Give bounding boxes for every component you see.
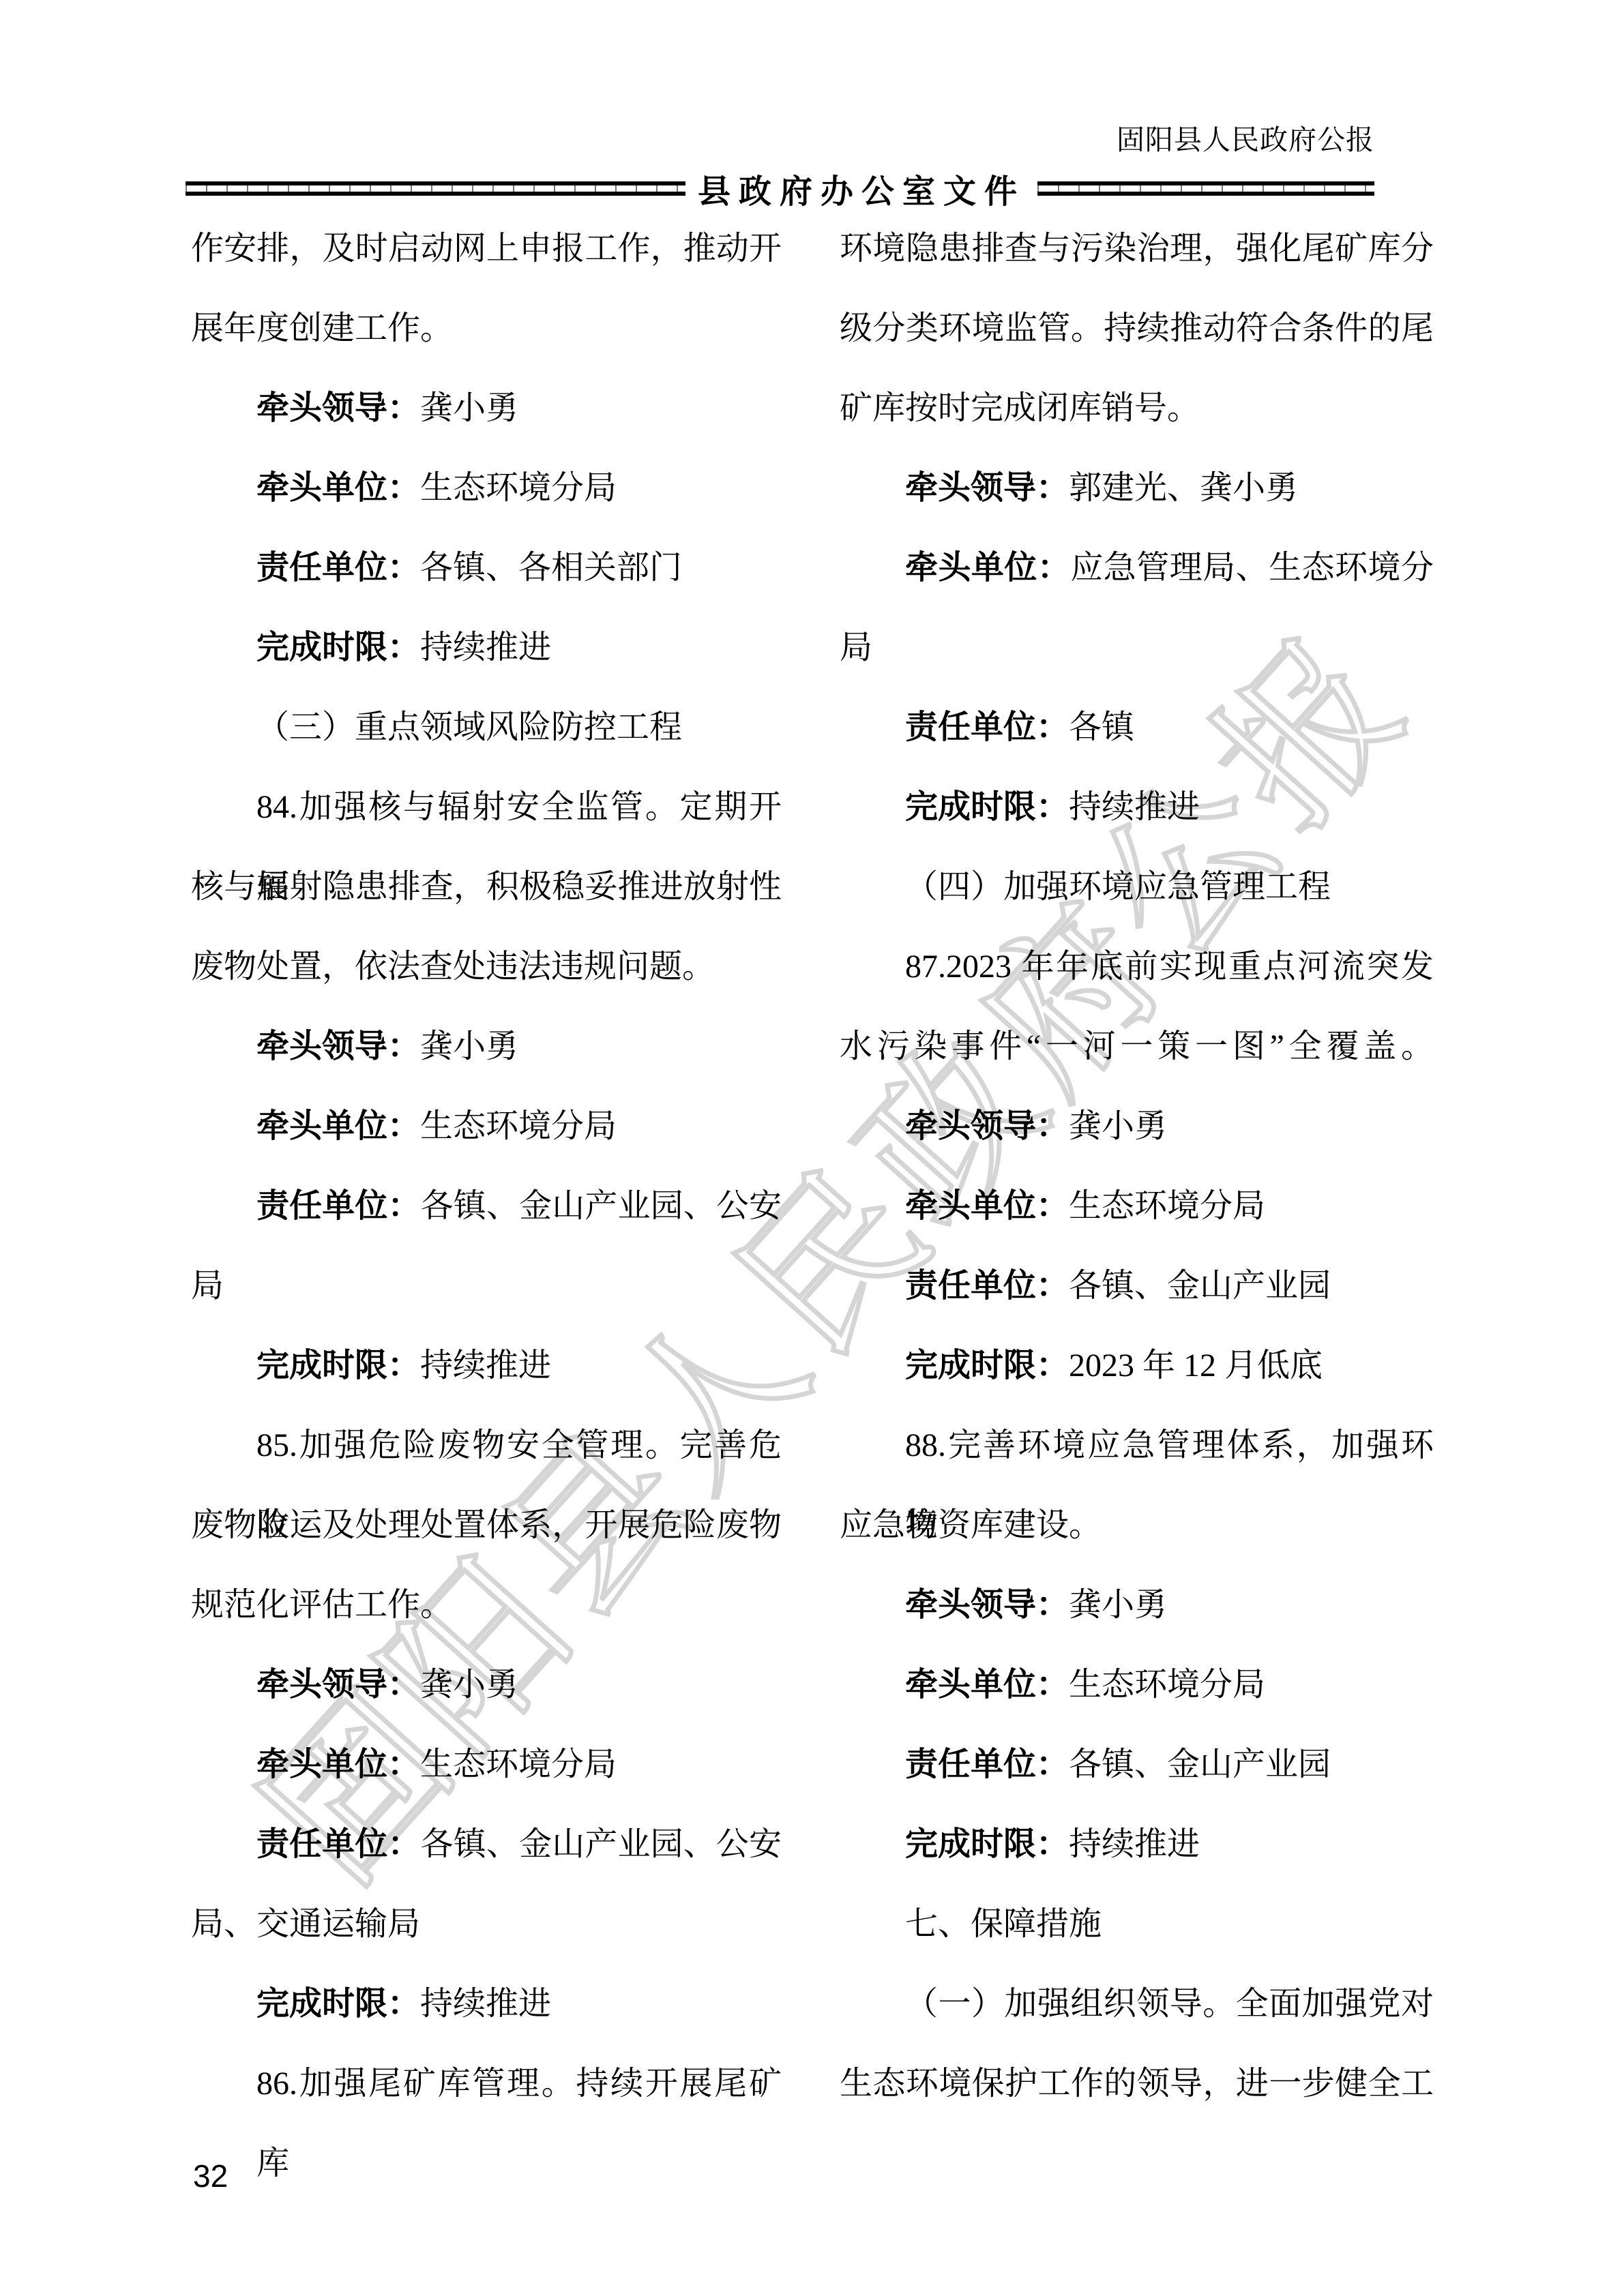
field-label: 牵头单位：: [256, 468, 420, 507]
field-label: 完成时限：: [905, 788, 1069, 826]
line-text: 持续推进: [1069, 789, 1200, 825]
line-text: （三）重点领域风险防控工程: [256, 709, 682, 745]
line-text: 龚小勇: [420, 1667, 518, 1703]
text-line: 七、保障措施: [840, 1884, 1434, 1964]
text-line: 废物收运及处理处置体系，开展危险废物: [191, 1485, 782, 1565]
text-line: 牵头单位：生态环境分局: [191, 1086, 782, 1166]
page-number: 32: [193, 2160, 228, 2192]
header-band: 县政府办公室文件: [186, 164, 1374, 213]
line-text: 86.加强尾矿库管理。持续开展尾矿库: [256, 2066, 782, 2181]
text-line: 85.加强危险废物安全管理。完善危险: [191, 1405, 782, 1485]
text-line: 展年度创建工作。: [191, 288, 782, 368]
field-label: 牵头单位：: [905, 1665, 1069, 1703]
text-line: 88.完善环境应急管理体系，加强环境: [840, 1405, 1434, 1485]
field-label: 完成时限：: [256, 1346, 420, 1384]
line-text: 生态环境分局: [420, 1746, 617, 1783]
field-label: 牵头领导：: [256, 389, 420, 427]
text-line: 牵头领导：龚小勇: [840, 1086, 1434, 1166]
field-label: 责任单位：: [256, 1825, 421, 1863]
document-page: 固阳县人民政府公报 固阳县人民政府公报 县政府办公室文件 作安排，及时启动网上申…: [0, 0, 1624, 2296]
line-text: 应急管理局、生态环境分: [1070, 550, 1434, 586]
line-text: 持续推进: [420, 629, 551, 666]
field-label: 牵头单位：: [905, 1187, 1069, 1225]
line-text: 各镇: [1069, 709, 1134, 745]
line-text: 水污染事件“一河一策一图”全覆盖。: [840, 1028, 1434, 1064]
text-line: 局: [840, 608, 1434, 687]
line-text: （一）加强组织领导。全面加强党对: [905, 1986, 1434, 2022]
field-label: 责任单位：: [905, 708, 1069, 746]
field-label: 完成时限：: [256, 1984, 420, 2023]
field-label: 牵头单位：: [256, 1745, 420, 1783]
line-text: 展年度创建工作。: [191, 310, 453, 346]
text-line: 86.加强尾矿库管理。持续开展尾矿库: [191, 2044, 782, 2123]
field-label: 牵头领导：: [256, 1027, 420, 1065]
text-line: 矿库按时完成闭库销号。: [840, 368, 1434, 448]
text-line: （四）加强环境应急管理工程: [840, 847, 1434, 927]
field-label: 责任单位：: [256, 1187, 421, 1225]
text-line: 级分类环境监管。持续推动符合条件的尾: [840, 288, 1434, 368]
text-line: 责任单位：各镇、金山产业园: [840, 1725, 1434, 1804]
line-text: 各镇、金山产业园: [1069, 1746, 1331, 1783]
field-label: 完成时限：: [905, 1346, 1069, 1384]
field-label: 牵头单位：: [905, 548, 1070, 586]
line-text: 生态环境分局: [420, 1108, 617, 1144]
text-line: 牵头领导：郭建光、龚小勇: [840, 448, 1434, 528]
text-line: 牵头领导：龚小勇: [191, 368, 782, 448]
text-line: 牵头单位：生态环境分局: [191, 1725, 782, 1804]
text-line: 牵头单位：生态环境分局: [840, 1645, 1434, 1725]
text-line: 完成时限：持续推进: [191, 608, 782, 687]
text-line: 完成时限：持续推进: [191, 1964, 782, 2044]
line-text: 2023 年 12 月低底: [1069, 1347, 1323, 1384]
line-text: 局、交通运输局: [191, 1906, 420, 1942]
line-text: 持续推进: [420, 1986, 551, 2022]
text-line: 规范化评估工作。: [191, 1565, 782, 1645]
field-label: 牵头领导：: [256, 1665, 420, 1703]
line-text: 持续推进: [420, 1347, 551, 1384]
text-line: 87.2023 年年底前实现重点河流突发: [840, 927, 1434, 1007]
text-line: 局、交通运输局: [191, 1884, 782, 1964]
text-line: 生态环境保护工作的领导，进一步健全工: [840, 2044, 1434, 2123]
text-line: 废物处置，依法查处违法违规问题。: [191, 927, 782, 1007]
line-text: 作安排，及时启动网上申报工作，推动开: [191, 230, 782, 267]
line-text: 各镇、金山产业园、公安: [421, 1188, 782, 1224]
text-line: 责任单位：各镇、金山产业园、公安: [191, 1166, 782, 1246]
line-text: 局: [191, 1268, 224, 1304]
text-line: 牵头单位：生态环境分局: [191, 448, 782, 528]
text-line: 局: [191, 1246, 782, 1326]
text-line: 84.加强核与辐射安全监管。定期开展: [191, 767, 782, 847]
text-line: 责任单位：各镇、各相关部门: [191, 528, 782, 608]
line-text: 龚小勇: [1069, 1108, 1167, 1144]
line-text: 郭建光、龚小勇: [1069, 470, 1298, 506]
text-line: 牵头单位：生态环境分局: [840, 1166, 1434, 1246]
line-text: 各镇、金山产业园: [1069, 1268, 1331, 1304]
text-line: 责任单位：各镇、金山产业园: [840, 1246, 1434, 1326]
line-text: 环境隐患排查与污染治理，强化尾矿库分: [840, 230, 1434, 267]
text-line: 环境隐患排查与污染治理，强化尾矿库分: [840, 209, 1434, 288]
masthead-title: 固阳县人民政府公报: [1117, 124, 1374, 156]
line-text: 规范化评估工作。: [191, 1587, 453, 1623]
line-text: 龚小勇: [420, 1028, 518, 1064]
line-text: 核与辐射隐患排查，积极稳妥推进放射性: [191, 869, 782, 905]
line-text: 生态环境分局: [1069, 1188, 1265, 1224]
field-label: 牵头单位：: [256, 1107, 420, 1145]
line-text: 龚小勇: [1069, 1587, 1167, 1623]
line-text: 生态环境分局: [420, 470, 617, 506]
line-text: 生态环境分局: [1069, 1667, 1265, 1703]
text-line: （三）重点领域风险防控工程: [191, 687, 782, 767]
field-label: 责任单位：: [905, 1266, 1069, 1304]
field-label: 牵头领导：: [905, 1107, 1069, 1145]
line-text: 七、保障措施: [905, 1906, 1102, 1942]
band-rule-right: [1037, 181, 1374, 196]
text-line: 完成时限：持续推进: [840, 1804, 1434, 1884]
line-text: （四）加强环境应急管理工程: [905, 869, 1331, 905]
text-line: 牵头单位：应急管理局、生态环境分: [840, 528, 1434, 608]
line-text: 局: [840, 629, 872, 666]
line-text: 各镇、各相关部门: [420, 550, 682, 586]
text-line: 完成时限：持续推进: [191, 1326, 782, 1405]
band-title: 县政府办公室文件: [685, 165, 1037, 212]
text-line: 牵头领导：龚小勇: [840, 1565, 1434, 1645]
text-line: 牵头领导：龚小勇: [191, 1645, 782, 1725]
line-text: 87.2023 年年底前实现重点河流突发: [905, 949, 1434, 985]
line-text: 矿库按时完成闭库销号。: [840, 390, 1200, 426]
text-line: 完成时限：持续推进: [840, 767, 1434, 847]
text-line: 水污染事件“一河一策一图”全覆盖。: [840, 1007, 1434, 1086]
field-label: 责任单位：: [905, 1745, 1069, 1783]
column-left: 作安排，及时启动网上申报工作，推动开展年度创建工作。牵头领导：龚小勇牵头单位：生…: [191, 209, 782, 2123]
line-text: 龚小勇: [420, 390, 518, 426]
text-line: 牵头领导：龚小勇: [191, 1007, 782, 1086]
line-text: 生态环境保护工作的领导，进一步健全工: [840, 2066, 1434, 2102]
line-text: 持续推进: [1069, 1826, 1200, 1862]
text-line: （一）加强组织领导。全面加强党对: [840, 1964, 1434, 2044]
field-label: 责任单位：: [256, 548, 420, 586]
text-line: 作安排，及时启动网上申报工作，推动开: [191, 209, 782, 288]
line-text: 应急物资库建设。: [840, 1507, 1102, 1543]
line-text: 废物收运及处理处置体系，开展危险废物: [191, 1507, 782, 1543]
line-text: 废物处置，依法查处违法违规问题。: [191, 949, 715, 985]
text-line: 核与辐射隐患排查，积极稳妥推进放射性: [191, 847, 782, 927]
text-line: 完成时限：2023 年 12 月低底: [840, 1326, 1434, 1405]
field-label: 牵头领导：: [905, 468, 1069, 507]
text-line: 责任单位：各镇、金山产业园、公安: [191, 1804, 782, 1884]
text-line: 责任单位：各镇: [840, 687, 1434, 767]
line-text: 各镇、金山产业园、公安: [421, 1826, 782, 1862]
column-right: 环境隐患排查与污染治理，强化尾矿库分级分类环境监管。持续推动符合条件的尾矿库按时…: [840, 209, 1434, 2123]
band-rule-left: [186, 181, 685, 196]
field-label: 牵头领导：: [905, 1585, 1069, 1624]
field-label: 完成时限：: [256, 628, 420, 666]
line-text: 级分类环境监管。持续推动符合条件的尾: [840, 310, 1434, 346]
field-label: 完成时限：: [905, 1825, 1069, 1863]
text-line: 应急物资库建设。: [840, 1485, 1434, 1565]
